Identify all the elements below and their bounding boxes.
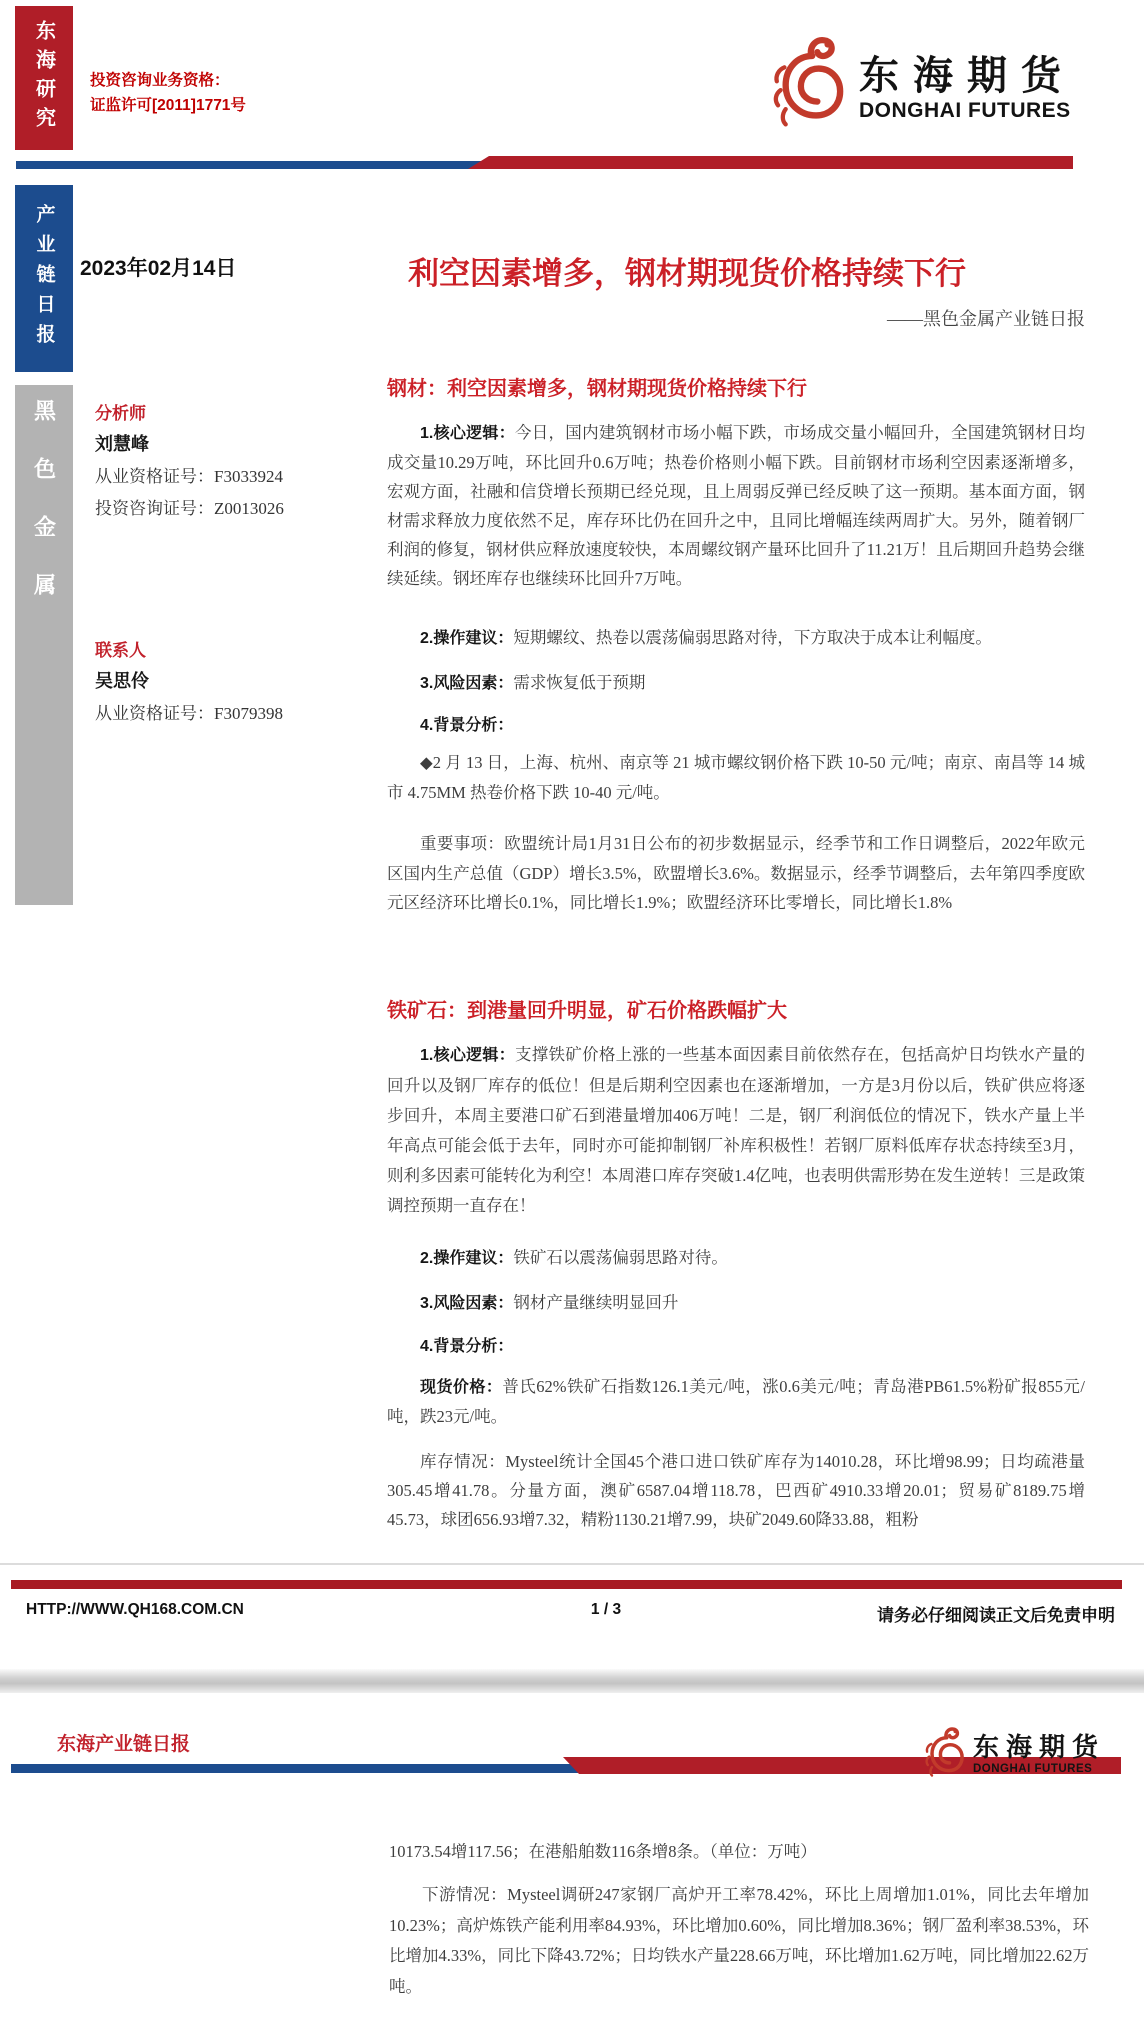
- analyst-name: 刘慧峰: [95, 430, 149, 456]
- steel-background-label: 4.背景分析：: [420, 717, 513, 734]
- iron-section-heading: 铁矿石：到港量回升明显，矿石价格跌幅扩大: [387, 994, 1085, 1023]
- iron-spot-label: 现货价格：: [420, 1379, 502, 1396]
- footer-thin-line: [0, 1563, 1144, 1565]
- iron-risk-paragraph: 3.风险因素：钢材产量继续明显回升: [387, 1288, 1085, 1318]
- report-subtitle: ——黑色金属产业链日报: [387, 305, 1085, 331]
- credential-line1: 投资咨询业务资格：: [90, 68, 246, 93]
- page2-header-title: 东海产业链日报: [57, 1729, 190, 1756]
- iron-background-paragraph: 4.背景分析：: [387, 1331, 1085, 1361]
- report-date: 2023年02月14日: [80, 252, 236, 282]
- logo-chinese-text: 东海期货: [859, 54, 1075, 98]
- iron-core-paragraph: 1.核心逻辑：支撑铁矿价格上涨的一些基本面因素目前依然存在，包括高炉日均铁水产量…: [387, 1040, 1085, 1221]
- dragon-logo-icon: [773, 28, 849, 132]
- iron-risk-text: 钢材产量继续明显回升: [513, 1293, 678, 1312]
- daily-box-label: 产业链日报: [31, 204, 58, 354]
- page2-downstream-paragraph: 下游情况：Mysteel调研247家钢厂高炉开工率78.42%，环比上周增加1.…: [389, 1880, 1089, 2002]
- contact-name: 吴思伶: [95, 667, 149, 693]
- steel-risk-label: 3.风险因素：: [420, 675, 513, 692]
- sidebar-daily-box: 产业链日报: [15, 185, 73, 372]
- steel-core-label: 1.核心逻辑：: [420, 425, 515, 442]
- page2-logo-chinese-text: 东海期货: [973, 1734, 1105, 1762]
- iron-advice-label: 2.操作建议：: [420, 1250, 513, 1267]
- contact-label: 联系人: [95, 636, 146, 661]
- sidebar-research-box: 东海研究: [15, 6, 73, 150]
- page-separator: [0, 1669, 1144, 1693]
- header-divider-bar: [16, 156, 1073, 170]
- footer-disclaimer: 请务必仔细阅读正文后免责申明: [877, 1601, 1115, 1626]
- steel-advice-text: 短期螺纹、热卷以震荡偏弱思路对待，下方取决于成本让利幅度。: [513, 628, 992, 647]
- iron-spot-paragraph: 现货价格：普氏62%铁矿石指数126.1美元/吨，涨0.6美元/吨；青岛港PB6…: [387, 1372, 1085, 1431]
- credential-block: 投资咨询业务资格： 证监许可[2011]1771号: [90, 68, 246, 118]
- iron-risk-label: 3.风险因素：: [420, 1295, 513, 1312]
- steel-risk-paragraph: 3.风险因素：需求恢复低于预期: [387, 668, 1085, 698]
- footer-page-indicator: 1 / 3: [506, 1601, 706, 1619]
- company-logo: 东海期货 DONGHAI FUTURES: [773, 28, 1075, 132]
- steel-background-paragraph: 4.背景分析：: [387, 710, 1085, 740]
- page2-logo-english-text: DONGHAI FUTURES: [973, 1763, 1105, 1775]
- contact-cert1: 从业资格证号：F3079398: [95, 699, 283, 724]
- steel-section-heading: 钢材：利空因素增多，钢材期现货价格持续下行: [387, 372, 1085, 401]
- footer-red-bar: [11, 1580, 1122, 1589]
- footer-url: HTTP://WWW.QH168.COM.CN: [26, 1601, 244, 1619]
- credential-line2: 证监许可[2011]1771号: [90, 93, 246, 118]
- analyst-cert1: 从业资格证号：F3033924: [95, 462, 283, 487]
- iron-advice-text: 铁矿石以震荡偏弱思路对待。: [513, 1248, 728, 1267]
- report-title: 利空因素增多，钢材期现货价格持续下行: [387, 248, 987, 293]
- analyst-label: 分析师: [95, 399, 146, 424]
- logo-english-text: DONGHAI FUTURES: [859, 100, 1075, 122]
- steel-core-paragraph: 1.核心逻辑：今日，国内建筑钢材市场小幅下跌，市场成交量小幅回升，全国建筑钢材日…: [387, 418, 1085, 593]
- steel-important-paragraph: 重要事项：欧盟统计局1月31日公布的初步数据显示，经季节和工作日调整后，2022…: [387, 829, 1085, 918]
- iron-inventory-paragraph: 库存情况：Mysteel统计全国45个港口进口铁矿库存为14010.28，环比增…: [387, 1447, 1085, 1534]
- iron-advice-paragraph: 2.操作建议：铁矿石以震荡偏弱思路对待。: [387, 1243, 1085, 1273]
- steel-advice-label: 2.操作建议：: [420, 630, 513, 647]
- iron-background-label: 4.背景分析：: [420, 1338, 513, 1355]
- page2-company-logo: 东海期货 DONGHAI FUTURES: [925, 1722, 1105, 1780]
- steel-risk-text: 需求恢复低于预期: [513, 673, 645, 692]
- steel-bullet-paragraph: ◆2 月 13 日，上海、杭州、南京等 21 城市螺纹钢价格下跌 10-50 元…: [387, 748, 1085, 808]
- steel-core-text: 今日，国内建筑钢材市场小幅下跌，市场成交量小幅回升，全国建筑钢材日均成交量10.…: [387, 423, 1085, 588]
- page2-continuation-line: 10173.54增117.56；在港船舶数116条增8条。（单位：万吨）: [389, 1838, 817, 1862]
- category-box-label: 黑色金属: [29, 385, 60, 631]
- report-page: { "colors": { "accent_red": "#b01e28", "…: [0, 0, 1144, 2043]
- research-box-label: 东海研究: [30, 20, 59, 136]
- steel-advice-paragraph: 2.操作建议：短期螺纹、热卷以震荡偏弱思路对待，下方取决于成本让利幅度。: [387, 623, 1085, 653]
- iron-core-text: 支撑铁矿价格上涨的一些基本面因素目前依然存在，包括高炉日均铁水产量的回升以及钢厂…: [387, 1045, 1085, 1215]
- iron-core-label: 1.核心逻辑：: [420, 1047, 515, 1064]
- analyst-cert2: 投资咨询证号：Z0013026: [95, 494, 284, 519]
- sidebar-category-box: 黑色金属: [15, 385, 73, 905]
- page2-dragon-logo-icon: [925, 1722, 967, 1780]
